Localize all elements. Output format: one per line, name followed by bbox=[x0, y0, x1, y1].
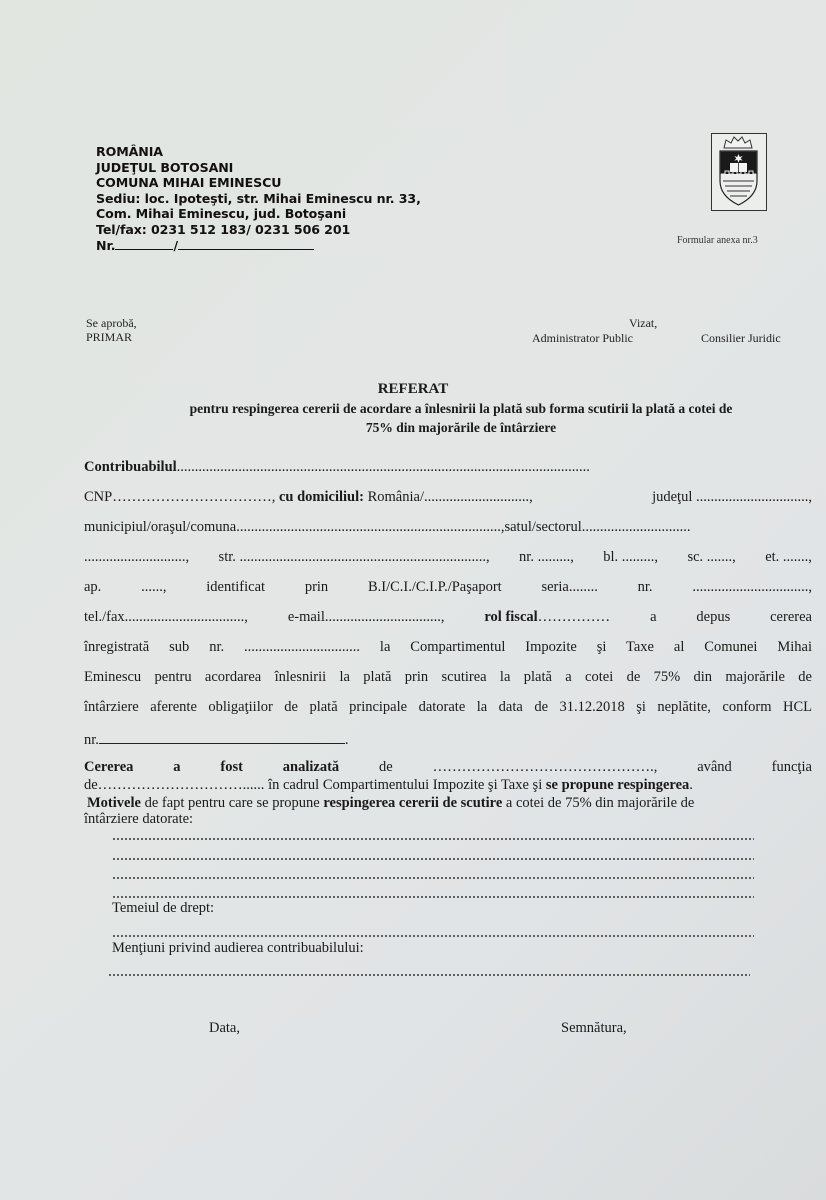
annex-label: Formular anexa nr.3 bbox=[677, 235, 758, 246]
function-row: de…………………………...... în cadrul Compartimen… bbox=[84, 777, 812, 794]
legal-basis-label: Temeiul de drept: bbox=[112, 900, 214, 917]
text-word: având bbox=[697, 759, 732, 776]
municipality-village-field[interactable]: municipiul/oraşul/comuna................… bbox=[84, 519, 812, 536]
text-word: Cererea bbox=[84, 759, 133, 776]
document-title: REFERAT bbox=[0, 381, 826, 398]
registration-number-label: Nr. bbox=[96, 238, 115, 253]
vizat-label: Vizat, bbox=[629, 316, 657, 331]
text-word: cererea bbox=[770, 609, 812, 626]
reasons-blank-line[interactable] bbox=[112, 858, 754, 860]
registration-text-line: înregistrată sub nr. ...................… bbox=[84, 639, 812, 656]
domicile-label: cu domiciliul: bbox=[279, 489, 364, 505]
hearing-notes-blank-line[interactable] bbox=[108, 974, 750, 976]
identified-label: identificat bbox=[206, 579, 265, 596]
taxpayer-label: Contribuabilul bbox=[84, 459, 177, 475]
hcl-number-field[interactable]: nr.. bbox=[84, 729, 812, 749]
hcl-number-blank[interactable] bbox=[99, 729, 345, 744]
phone-fax-field[interactable]: tel./fax................................… bbox=[84, 609, 248, 626]
tax-role-label: rol fiscal bbox=[484, 609, 537, 625]
rejection-proposal-text: se propune respingerea bbox=[546, 777, 689, 793]
reasons-label: Motivele bbox=[87, 795, 141, 811]
reasons-blank-line[interactable] bbox=[112, 896, 754, 898]
header-line-county: JUDEŢUL BOTOSANI bbox=[96, 160, 421, 176]
cnp-address-row: CNP……………………………, cu domiciliul: România/.… bbox=[84, 489, 812, 506]
tax-role-field[interactable]: rol fiscal…………… bbox=[484, 609, 610, 626]
id-series-field[interactable]: seria........ bbox=[541, 579, 597, 596]
floor-field[interactable]: et. ......., bbox=[765, 549, 812, 566]
id-number-label: nr. bbox=[638, 579, 653, 596]
header-line-phone: Tel/fax: 0231 512 183/ 0231 506 201 bbox=[96, 222, 421, 238]
street-field[interactable]: str. ...................................… bbox=[219, 549, 490, 566]
text-word: de bbox=[379, 759, 393, 776]
header-line-address: Sediu: loc. Ipoteşti, str. Mihai Eminesc… bbox=[96, 191, 421, 207]
registration-number-blank[interactable] bbox=[115, 237, 173, 250]
subtitle-line-2: 75% din majorările de întârziere bbox=[100, 418, 822, 437]
analyst-name-blank[interactable]: ………………………………………., bbox=[433, 759, 658, 776]
id-row: ap. ......, identificat prin B.I/C.I./C.… bbox=[84, 579, 812, 596]
document-subtitle: pentru respingerea cererii de acordare a… bbox=[100, 399, 822, 437]
subtitle-line-1: pentru respingerea cererii de acordare a… bbox=[100, 399, 822, 418]
mayor-label: PRIMAR bbox=[86, 330, 132, 345]
staircase-field[interactable]: sc. ......., bbox=[687, 549, 735, 566]
reasons-blank-line[interactable] bbox=[112, 838, 754, 840]
email-field[interactable]: e-mail................................, bbox=[288, 609, 445, 626]
cnp-blank[interactable]: ……………………………, bbox=[112, 489, 275, 505]
header-line-country: ROMÂNIA bbox=[96, 144, 421, 160]
request-text-line: Eminescu pentru acordarea înlesnirii la … bbox=[84, 669, 812, 686]
reasons-text-tail: a cotei de 75% din majorările de bbox=[502, 795, 694, 811]
contact-row: tel./fax................................… bbox=[84, 609, 812, 626]
id-type-label: B.I/C.I./C.I.P./Paşaport bbox=[368, 579, 502, 596]
id-number-blank[interactable]: ................................, bbox=[692, 579, 812, 596]
period: . bbox=[689, 777, 693, 793]
signature-label: Semnătura, bbox=[561, 1020, 627, 1037]
text-word: depus bbox=[696, 609, 730, 626]
legal-advisor-label: Consilier Juridic bbox=[701, 331, 781, 346]
reasons-row: Motivele de fapt pentru care se propune … bbox=[87, 795, 815, 812]
cnp-field[interactable]: CNP……………………………, cu domiciliul: România/.… bbox=[84, 489, 533, 506]
block-field[interactable]: bl. ........., bbox=[603, 549, 658, 566]
number-field[interactable]: nr. ........., bbox=[519, 549, 574, 566]
institution-header: ROMÂNIA JUDEŢUL BOTOSANI COMUNA MIHAI EM… bbox=[96, 144, 421, 254]
rejection-text: respingerea cererii de scutire bbox=[323, 795, 502, 811]
obligations-text-line: întârziere aferente obligaţiilor de plat… bbox=[84, 699, 812, 716]
registration-date-blank[interactable] bbox=[178, 237, 314, 250]
hcl-number-label: nr. bbox=[84, 732, 99, 748]
reasons-blank-line[interactable] bbox=[112, 877, 754, 879]
tax-role-blank[interactable]: …………… bbox=[538, 609, 611, 625]
street-row: ............................, str. .....… bbox=[84, 549, 812, 566]
header-line-commune: COMUNA MIHAI EMINESCU bbox=[96, 175, 421, 191]
administrator-label: Administrator Public bbox=[532, 331, 633, 346]
taxpayer-blank[interactable]: ........................................… bbox=[177, 459, 590, 475]
county-field[interactable]: judeţul ..............................., bbox=[652, 489, 812, 506]
by-label: prin bbox=[305, 579, 328, 596]
period: . bbox=[345, 732, 349, 748]
legal-basis-blank-line[interactable] bbox=[112, 935, 754, 937]
reasons-text: de fapt pentru care se propune bbox=[141, 795, 323, 811]
locality-blank[interactable]: ............................, bbox=[84, 549, 189, 566]
date-label: Data, bbox=[209, 1020, 240, 1037]
text-word: a bbox=[650, 609, 656, 626]
hearing-notes-label: Menţiuni privind audierea contribuabilul… bbox=[112, 940, 364, 957]
approval-label: Se aprobă, bbox=[86, 316, 137, 331]
taxpayer-field[interactable]: Contribuabilul..........................… bbox=[84, 459, 812, 476]
function-text: în cadrul Compartimentului Impozite şi T… bbox=[264, 777, 545, 793]
analysed-by-row: Cererea a fost analizată de ………………………………… bbox=[84, 759, 812, 776]
text-word: analizată bbox=[283, 759, 339, 776]
text-word: funcţia bbox=[772, 759, 812, 776]
reasons-row-2: întârziere datorate: bbox=[84, 811, 812, 828]
text-word: a bbox=[173, 759, 180, 776]
text-word: fost bbox=[220, 759, 243, 776]
apartment-label: ap. bbox=[84, 579, 101, 596]
registration-number-field[interactable]: Nr./ bbox=[96, 237, 421, 254]
cnp-label: CNP bbox=[84, 489, 112, 505]
header-line-address2: Com. Mihai Eminescu, jud. Botoşani bbox=[96, 206, 421, 222]
function-blank[interactable]: de…………………………...... bbox=[84, 777, 264, 793]
apartment-blank[interactable]: ......, bbox=[141, 579, 166, 596]
coat-of-arms-icon bbox=[711, 133, 767, 211]
domicile-country-blank[interactable]: România/............................., bbox=[368, 489, 533, 505]
